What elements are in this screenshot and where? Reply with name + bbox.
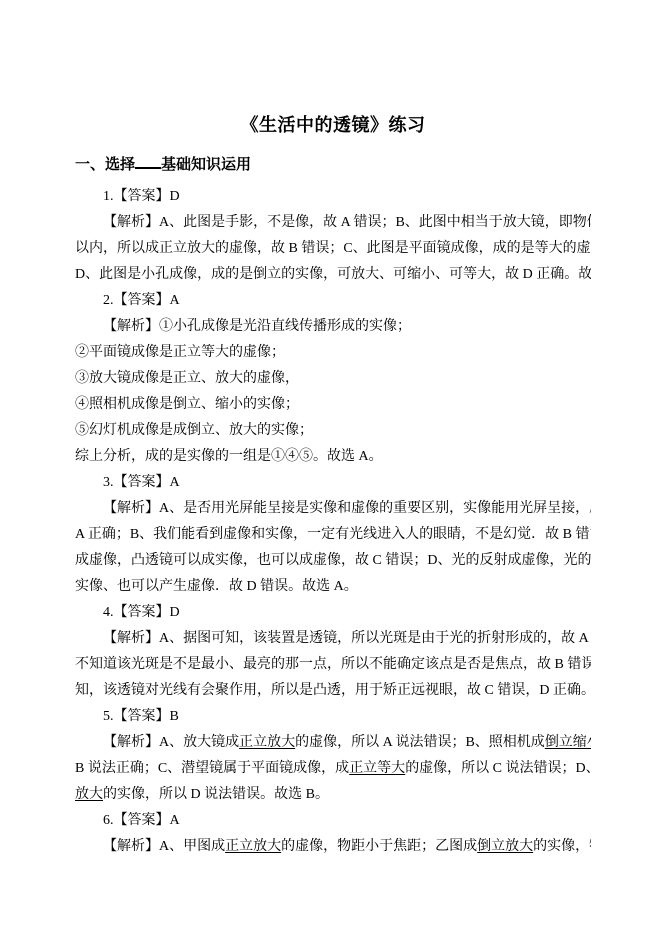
text-line: 知，该透镜对光线有会聚作用，所以是凸透，用于矫正远视眼，故 C 错误，D 正确。…: [75, 678, 591, 704]
text-line: ③放大镜成像是正立、放大的虚像，: [75, 366, 591, 392]
text-segment: 1.【答案】D: [103, 189, 180, 204]
text-line: 4.【答案】D: [75, 600, 591, 626]
text-line: 3.【答案】A: [75, 470, 591, 496]
text-segment: 不知道该光斑是不是最小、最亮的那一点，所以不能确定该点是否是焦点，故 B 错误；…: [75, 657, 591, 672]
text-segment: D、此图是小孔成像，成的是倒立的实像，可放大、可缩小、可等大，故 D 正确。故选…: [75, 267, 591, 282]
text-line: 1.【答案】D: [75, 184, 591, 210]
text-segment: A 正确；B、我们能看到虚像和实像，一定有光线进入人的眼睛，不是幻觉．故 B 错…: [75, 527, 591, 542]
text-segment: 4.【答案】D: [103, 605, 180, 620]
text-segment: 【解析】A、是否用光屏能呈接是实像和虚像的重要区别，实像能用光屏呈接，虚像呈接不…: [103, 501, 591, 516]
text-line: 2.【答案】A: [75, 288, 591, 314]
section-heading: 一、选择基础知识运用: [75, 152, 591, 178]
text-line: D、此图是小孔成像，成的是倒立的实像，可放大、可缩小、可等大，故 D 正确。故选…: [75, 262, 591, 288]
text-line: 实像、也可以产生虚像．故 D 错误。故选 A。: [75, 574, 591, 600]
text-line: ②平面镜成像是正立等大的虚像；: [75, 340, 591, 366]
underlined-text: 倒立放大: [477, 839, 533, 854]
document-content: 《生活中的透镜》练习 一、选择基础知识运用 1.【答案】D【解析】A、此图是手影…: [0, 110, 661, 860]
text-segment: 实像、也可以产生虚像．故 D 错误。故选 A。: [75, 579, 358, 594]
underlined-text: 正立放大: [239, 735, 295, 750]
text-line: 【解析】A、放大镜成正立放大的虚像，所以 A 说法错误；B、照相机成倒立缩小的实…: [75, 730, 591, 756]
text-segment: 的虚像，所以 C 说法错误；D、幻灯机成: [405, 761, 591, 776]
underlined-text: 正立等大: [349, 761, 405, 776]
answer-key-lines: 1.【答案】D【解析】A、此图是手影，不是像，故 A 错误；B、此图中相当于放大…: [75, 184, 591, 860]
section-heading-prefix: 一、选择: [75, 157, 135, 173]
underlined-text: 放大: [75, 787, 103, 802]
text-segment: 【解析】A、甲图成: [103, 839, 225, 854]
text-segment: 的实像，所以 D 说法错误。故选 B。: [103, 787, 329, 802]
text-line: 综上分析，成的是实像的一组是①④⑤。故选 A。: [75, 444, 591, 470]
text-segment: 【解析】A、放大镜成: [103, 735, 239, 750]
text-line: A 正确；B、我们能看到虚像和实像，一定有光线进入人的眼睛，不是幻觉．故 B 错…: [75, 522, 591, 548]
text-segment: B 说法正确；C、潜望镜属于平面镜成像，成: [75, 761, 349, 776]
underlined-text: 正立放大: [225, 839, 281, 854]
text-segment: ③放大镜成像是正立、放大的虚像，: [75, 371, 299, 386]
text-line: B 说法正确；C、潜望镜属于平面镜成像，成正立等大的虚像，所以 C 说法错误；D…: [75, 756, 591, 782]
text-segment: 6.【答案】A: [103, 813, 180, 828]
text-segment: 综上分析，成的是实像的一组是①④⑤。故选 A。: [75, 449, 383, 464]
text-line: ④照相机成像是倒立、缩小的实像；: [75, 392, 591, 418]
text-line: 【解析】A、此图是手影，不是像，故 A 错误；B、此图中相当于放大镜，即物体处于…: [75, 210, 591, 236]
text-segment: 5.【答案】B: [103, 709, 179, 724]
fill-in-blank-line: [135, 154, 161, 170]
document-page: 《生活中的透镜》练习 一、选择基础知识运用 1.【答案】D【解析】A、此图是手影…: [0, 0, 661, 936]
text-line: 【解析】A、甲图成正立放大的虚像，物距小于焦距；乙图成倒立放大的实像，物距大于一…: [75, 834, 591, 860]
text-segment: 的实像，物距大于一倍: [533, 839, 591, 854]
text-line: 【解析】①小孔成像是光沿直线传播形成的实像；: [75, 314, 591, 340]
text-segment: 【解析】①小孔成像是光沿直线传播形成的实像；: [103, 319, 411, 334]
underlined-text: 倒立缩小: [545, 735, 591, 750]
text-line: 以内，所以成正立放大的虚像，故 B 错误；C、此图是平面镜成像，成的是等大的虚像…: [75, 236, 591, 262]
text-segment: 3.【答案】A: [103, 475, 180, 490]
text-line: 【解析】A、是否用光屏能呈接是实像和虚像的重要区别，实像能用光屏呈接，虚像呈接不…: [75, 496, 591, 522]
text-line: 放大的实像，所以 D 说法错误。故选 B。: [75, 782, 591, 808]
text-segment: 成虚像，凸透镜可以成实像，也可以成虚像，故 C 错误；D、光的反射成虚像，光的折…: [75, 553, 591, 568]
text-segment: 2.【答案】A: [103, 293, 180, 308]
text-segment: ②平面镜成像是正立等大的虚像；: [75, 345, 285, 360]
text-line: 不知道该光斑是不是最小、最亮的那一点，所以不能确定该点是否是焦点，故 B 错误；…: [75, 652, 591, 678]
document-title: 《生活中的透镜》练习: [75, 110, 591, 140]
text-line: 【解析】A、据图可知，该装置是透镜，所以光斑是由于光的折射形成的，故 A 错误；…: [75, 626, 591, 652]
text-segment: 的虚像，物距小于焦距；乙图成: [281, 839, 477, 854]
text-line: 5.【答案】B: [75, 704, 591, 730]
text-segment: 【解析】A、据图可知，该装置是透镜，所以光斑是由于光的折射形成的，故 A 错误；…: [103, 631, 591, 646]
section-heading-suffix: 基础知识运用: [161, 157, 251, 173]
text-line: 成虚像，凸透镜可以成实像，也可以成虚像，故 C 错误；D、光的反射成虚像，光的折…: [75, 548, 591, 574]
text-segment: 知，该透镜对光线有会聚作用，所以是凸透，用于矫正远视眼，故 C 错误，D 正确。…: [75, 683, 591, 698]
text-segment: 【解析】A、此图是手影，不是像，故 A 错误；B、此图中相当于放大镜，即物体处于…: [103, 215, 591, 230]
text-segment: 以内，所以成正立放大的虚像，故 B 错误；C、此图是平面镜成像，成的是等大的虚像…: [75, 241, 591, 256]
text-segment: ⑤幻灯机成像是成倒立、放大的实像；: [75, 423, 313, 438]
text-line: 6.【答案】A: [75, 808, 591, 834]
text-segment: 的虚像，所以 A 说法错误；B、照相机成: [295, 735, 545, 750]
text-segment: ④照相机成像是倒立、缩小的实像；: [75, 397, 299, 412]
text-line: ⑤幻灯机成像是成倒立、放大的实像；: [75, 418, 591, 444]
